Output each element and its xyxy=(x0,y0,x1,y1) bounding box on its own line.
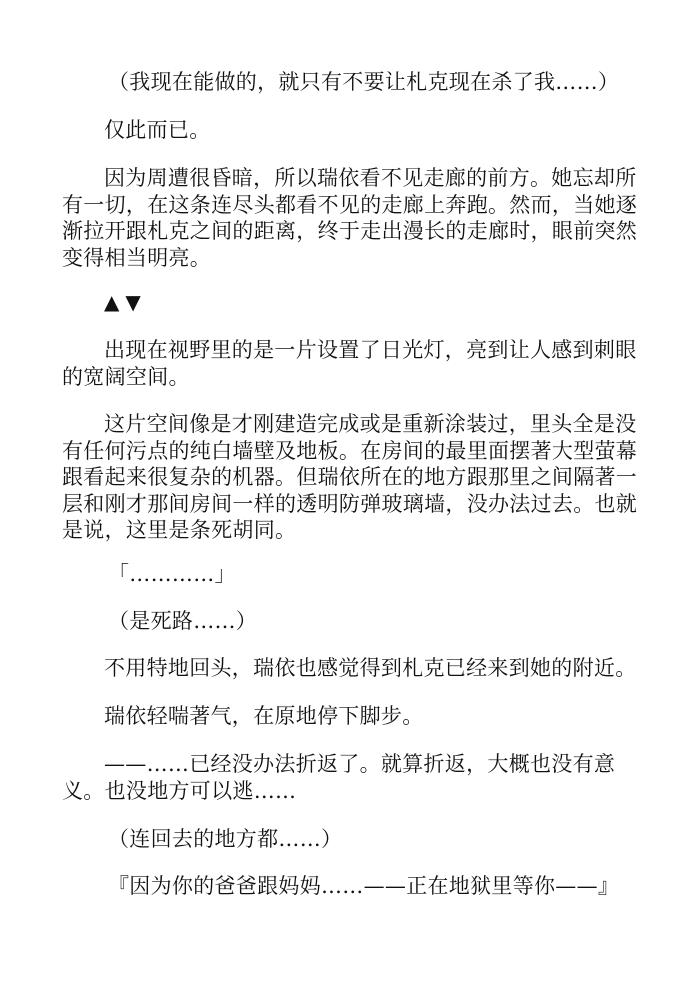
scene-break-triangles-icon: ▲▼ xyxy=(104,290,147,314)
paragraph-narration: 这片空间像是才刚建造完成或是重新涂装过，里头全是没有任何污点的纯白墙壁及地板。在… xyxy=(62,411,640,544)
paragraph-inner-thought: （我现在能做的，就只有不要让札克现在杀了我……） xyxy=(62,69,640,96)
paragraph-narration: 瑞依轻喘著气，在原地停下脚步。 xyxy=(62,703,640,730)
paragraph-narration: 出现在视野里的是一片设置了日光灯，亮到让人感到刺眼的宽阔空间。 xyxy=(62,337,640,390)
paragraph-narration: ——……已经没办法折返了。就算折返，大概也没有意义。也没地方可以逃…… xyxy=(62,751,640,804)
paragraph-dialogue: 「…………」 xyxy=(62,561,640,588)
paragraph-inner-thought: （连回去的地方都……） xyxy=(62,826,640,853)
paragraph-narration: 仅此而已。 xyxy=(62,117,640,144)
paragraph-inner-thought: （是死路……） xyxy=(62,608,640,635)
paragraph-narration: 不用特地回头，瑞依也感觉得到札克已经来到她的附近。 xyxy=(62,655,640,682)
paragraph-narration: 因为周遭很昏暗，所以瑞依看不见走廊的前方。她忘却所有一切，在这条连尽头都看不见的… xyxy=(62,165,640,271)
paragraph-quote: 『因为你的爸爸跟妈妈……——正在地狱里等你——』 xyxy=(62,873,640,900)
